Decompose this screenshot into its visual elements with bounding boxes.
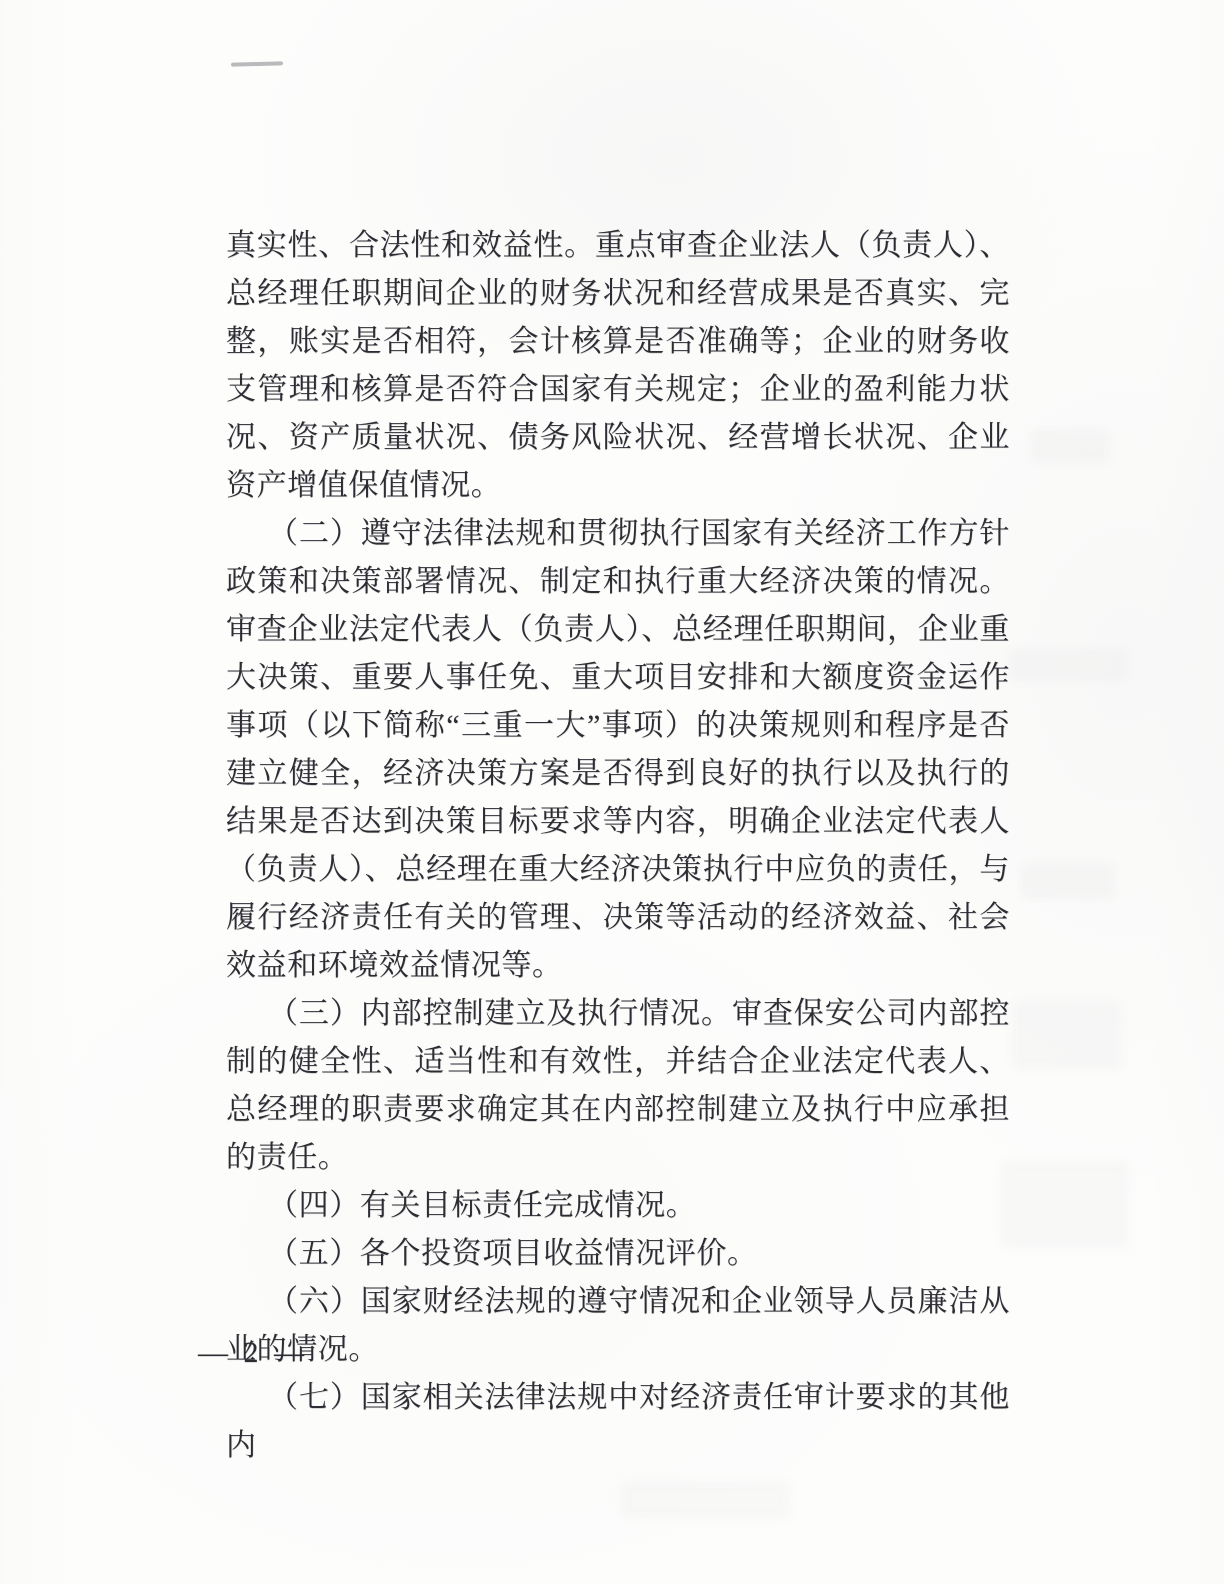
paragraph-item-2: （二）遵守法律法规和贯彻执行国家有关经济工作方针政策和决策部署情况、制定和执行重… xyxy=(226,510,1010,990)
bleed-through-mark xyxy=(1000,1160,1130,1250)
paragraph-continuation: 真实性、合法性和效益性。重点审查企业法人（负责人）、总经理任职期间企业的财务状况… xyxy=(226,222,1010,510)
scanned-document-page: 真实性、合法性和效益性。重点审查企业法人（负责人）、总经理任职期间企业的财务状况… xyxy=(0,0,1224,1584)
bleed-through-mark xyxy=(620,1480,790,1520)
bleed-through-mark xyxy=(1008,648,1128,682)
bleed-through-mark xyxy=(1012,1000,1122,1070)
bleed-through-mark xyxy=(1020,862,1115,900)
paragraph-item-5: （五）各个投资项目收益情况评价。 xyxy=(226,1230,1010,1278)
paragraph-item-3: （三）内部控制建立及执行情况。审查保安公司内部控制的健全性、适当性和有效性，并结… xyxy=(226,990,1010,1182)
bleed-through-mark xyxy=(1030,428,1110,464)
document-text-block: 真实性、合法性和效益性。重点审查企业法人（负责人）、总经理任职期间企业的财务状况… xyxy=(226,222,1010,1470)
page-number: — 2 — xyxy=(198,1336,308,1370)
paragraph-item-4: （四）有关目标责任完成情况。 xyxy=(226,1182,1010,1230)
scan-artifact-line xyxy=(231,61,283,66)
paragraph-item-7: （七）国家相关法律法规中对经济责任审计要求的其他内 xyxy=(226,1374,1010,1470)
paragraph-item-6: （六）国家财经法规的遵守情况和企业领导人员廉洁从业的情况。 xyxy=(226,1278,1010,1374)
